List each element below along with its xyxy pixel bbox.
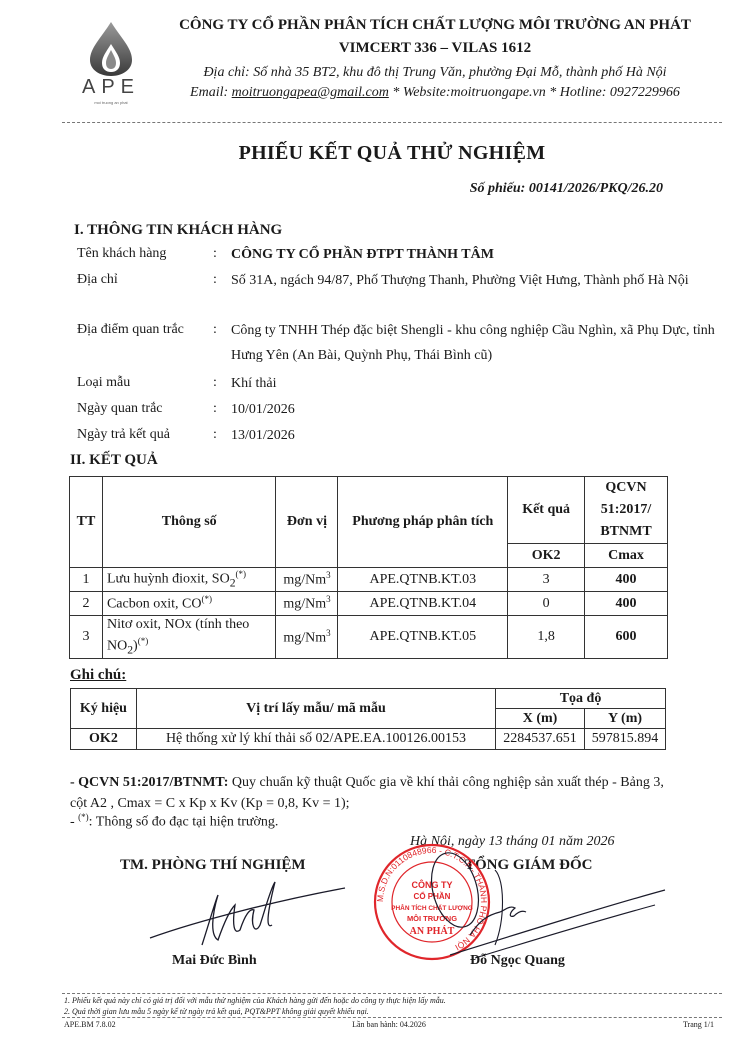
issue-version: Lần ban hành: 04.2026 [64, 1020, 714, 1029]
header-symbol: Ký hiệu [71, 689, 137, 729]
info-colon: : [213, 246, 217, 262]
cell-limit: 400 [585, 592, 668, 616]
lab-signer-name: Mai Đức Bình [172, 953, 257, 969]
field-note: - (*): Thông số đo đạc tại hiện trường. [70, 812, 670, 831]
info-label: Địa chỉ [77, 272, 212, 288]
table-row: 3 Nitơ oxit, NOx (tính theo NO2)(*) mg/N… [70, 616, 668, 659]
info-colon: : [213, 401, 217, 417]
header-standard: QCVN 51:2017/ BTNMT [585, 477, 668, 544]
cell-tt: 2 [70, 592, 103, 616]
lab-signature-icon [140, 880, 350, 955]
cell-limit: 600 [585, 616, 668, 659]
company-logo: APE moi truong an phat [66, 20, 156, 108]
info-label: Địa điểm quan trắc [77, 322, 212, 338]
footer-divider-2 [62, 1017, 722, 1018]
cell-unit: mg/Nm3 [276, 568, 338, 592]
footer-divider [62, 993, 722, 994]
info-value: 13/01/2026 [231, 423, 731, 448]
director-signature-icon [410, 850, 670, 960]
certification: VIMCERT 336 – VILAS 1612 [165, 40, 705, 57]
cell-tt: 1 [70, 568, 103, 592]
header-method: Phương pháp phân tích [338, 477, 508, 568]
company-name: CÔNG TY CỔ PHẦN PHÂN TÍCH CHẤT LƯỢNG MÔI… [165, 17, 705, 34]
header-param: Thông số [102, 477, 276, 568]
cell-location: Hệ thống xử lý khí thải số 02/APE.EA.100… [136, 729, 495, 750]
table-row: OK2 Hệ thống xử lý khí thải số 02/APE.EA… [71, 729, 666, 750]
cell-method: APE.QTNB.KT.04 [338, 592, 508, 616]
footer-note-1: 1. Phiếu kết quả này chỉ có giá trị đối … [64, 996, 446, 1005]
cell-unit: mg/Nm3 [276, 592, 338, 616]
results-section-heading: II. KẾT QUẢ [70, 452, 158, 469]
info-label: Ngày trả kết quả [77, 427, 212, 443]
info-value: Số 31A, ngách 94/87, Phố Thượng Thanh, P… [231, 268, 731, 293]
header-x: X (m) [496, 709, 585, 729]
info-value: 10/01/2026 [231, 397, 731, 422]
header-result: Kết quả [508, 477, 585, 544]
table-row: 1 Lưu huỳnh đioxit, SO2(*) mg/Nm3 APE.QT… [70, 568, 668, 592]
footer-note-2: 2. Quá thời gian lưu mẫu 5 ngày kể từ ng… [64, 1007, 369, 1016]
page-title: PHIẾU KẾT QUẢ THỬ NGHIỆM [62, 142, 722, 165]
location-table: Ký hiệu Vị trí lấy mẫu/ mã mẫu Tọa độ X … [70, 688, 666, 750]
logo-text: APE [66, 76, 156, 99]
website-hotline: * Website:moitruongape.vn * Hotline: 092… [389, 85, 680, 100]
info-colon: : [213, 375, 217, 391]
cell-result: 1,8 [508, 616, 585, 659]
info-value: Khí thải [231, 371, 731, 396]
director-name: Đỗ Ngọc Quang [470, 953, 565, 969]
info-colon: : [213, 427, 217, 443]
cell-result: 3 [508, 568, 585, 592]
info-colon: : [213, 272, 217, 288]
logo-subtext: moi truong an phat [66, 100, 156, 105]
cell-symbol: OK2 [71, 729, 137, 750]
notes-heading: Ghi chú: [70, 667, 126, 684]
standard-label: - QCVN 51:2017/BTNMT: [70, 775, 228, 790]
header-divider [62, 122, 722, 123]
company-address: Địa chỉ: Số nhà 35 BT2, khu đô thị Trung… [165, 65, 705, 81]
info-value: Công ty TNHH Thép đặc biệt Shengli - khu… [231, 318, 731, 368]
cell-param: Lưu huỳnh đioxit, SO2(*) [102, 568, 276, 592]
cell-y: 597815.894 [585, 729, 666, 750]
email-link[interactable]: moitruongapea@gmail.com [232, 85, 389, 100]
header-standard-sub: Cmax [585, 544, 668, 568]
info-label: Ngày quan trắc [77, 401, 212, 417]
header-coords: Tọa độ [496, 689, 666, 709]
info-colon: : [213, 322, 217, 338]
cell-param: Nitơ oxit, NOx (tính theo NO2)(*) [102, 616, 276, 659]
header-y: Y (m) [585, 709, 666, 729]
page-number: Trang 1/1 [683, 1020, 714, 1029]
table-row: 2 Cacbon oxit, CO(*) mg/Nm3 APE.QTNB.KT.… [70, 592, 668, 616]
header-tt: TT [70, 477, 103, 568]
cell-result: 0 [508, 592, 585, 616]
info-value: CÔNG TY CỔ PHẦN ĐTPT THÀNH TÂM [231, 242, 731, 267]
cell-unit: mg/Nm3 [276, 616, 338, 659]
document-number: Số phiếu: 00141/2026/PKQ/26.20 [470, 181, 663, 197]
company-contact: Email: moitruongapea@gmail.com * Website… [165, 85, 705, 101]
water-drop-icon [66, 20, 156, 78]
customer-section-heading: I. THÔNG TIN KHÁCH HÀNG [74, 222, 282, 239]
header-unit: Đơn vị [276, 477, 338, 568]
header-location: Vị trí lấy mẫu/ mã mẫu [136, 689, 495, 729]
email-label: Email: [190, 85, 232, 100]
cell-limit: 400 [585, 568, 668, 592]
cell-param: Cacbon oxit, CO(*) [102, 592, 276, 616]
lab-title: TM. PHÒNG THÍ NGHIỆM [120, 857, 306, 874]
results-table: TT Thông số Đơn vị Phương pháp phân tích… [69, 476, 668, 659]
standard-note: - QCVN 51:2017/BTNMT: Quy chuẩn kỹ thuật… [70, 772, 670, 814]
cell-method: APE.QTNB.KT.05 [338, 616, 508, 659]
cell-tt: 3 [70, 616, 103, 659]
info-label: Tên khách hàng [77, 246, 212, 262]
cell-method: APE.QTNB.KT.03 [338, 568, 508, 592]
header-result-sub: OK2 [508, 544, 585, 568]
cell-x: 2284537.651 [496, 729, 585, 750]
info-label: Loại mẫu [77, 375, 212, 391]
